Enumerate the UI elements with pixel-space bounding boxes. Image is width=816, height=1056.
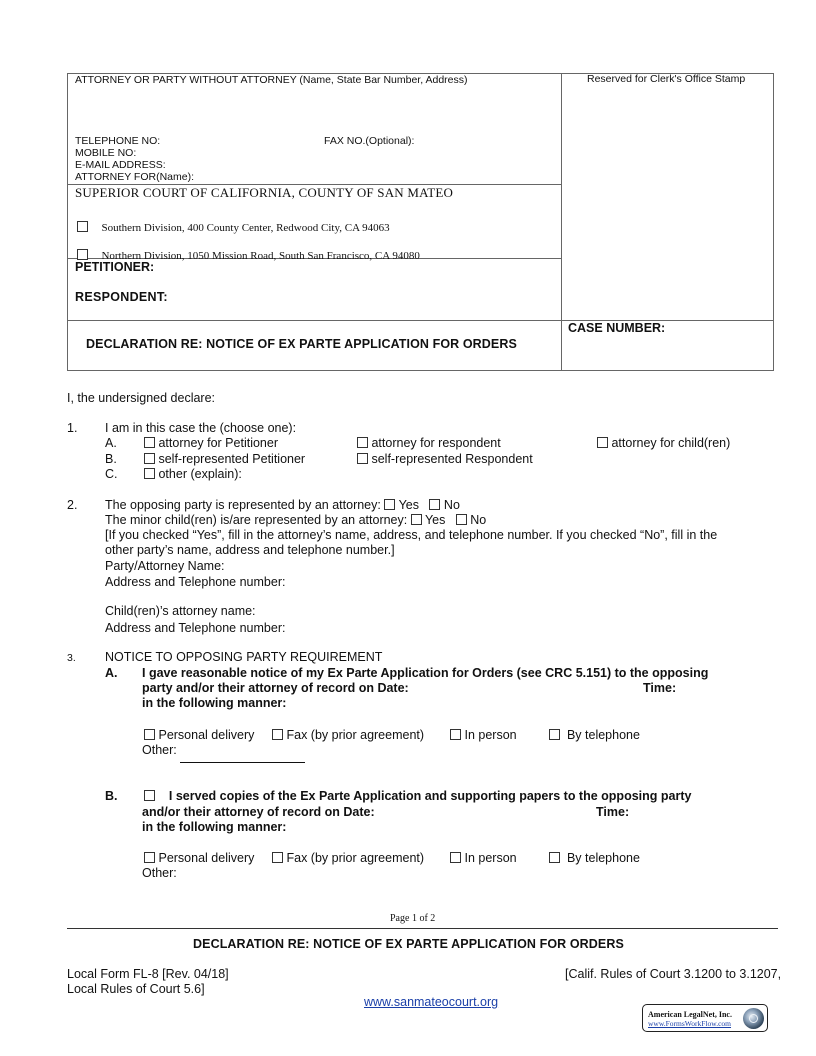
checkbox[interactable] (549, 852, 560, 863)
email-label: E-MAIL ADDRESS: (75, 159, 166, 171)
instruction-line-1: [If you checked “Yes”, fill in the attor… (105, 528, 717, 542)
checkbox[interactable] (450, 729, 461, 740)
children-yes-checkbox[interactable] (411, 514, 422, 525)
case-number-field[interactable] (568, 338, 768, 366)
section1-prompt: I am in this case the (choose one): (105, 421, 296, 435)
3b-in-person[interactable]: In person (450, 851, 517, 865)
section3b-time-label: Time: (596, 805, 629, 819)
division-southern-label: Southern Division, 400 County Center, Re… (101, 222, 389, 234)
vendor-logo[interactable]: American LegalNet, Inc. www.FormsWorkFlo… (642, 1004, 768, 1032)
checkbox[interactable] (77, 221, 88, 232)
vendor-name: American LegalNet, Inc. (648, 1010, 732, 1019)
case-number-label: CASE NUMBER: (568, 321, 665, 335)
children-no-checkbox[interactable] (456, 514, 467, 525)
attorney-header-label: ATTORNEY OR PARTY WITHOUT ATTORNEY (Name… (75, 74, 468, 86)
checkbox[interactable] (549, 729, 560, 740)
section3a-line3: in the following manner: (142, 696, 286, 710)
3b-personal-delivery[interactable]: Personal delivery (144, 851, 254, 865)
children-attorney-name-label: Child(ren)’s attorney name: (105, 604, 256, 618)
3a-fax[interactable]: Fax (by prior agreement) (272, 728, 424, 742)
option-attorney-for-children[interactable]: attorney for child(ren) (597, 436, 730, 450)
3b-served-checkbox[interactable] (144, 790, 155, 801)
checkbox[interactable] (357, 453, 368, 464)
form-title: DECLARATION RE: NOTICE OF EX PARTE APPLI… (86, 337, 517, 351)
division-southern[interactable]: Southern Division, 400 County Center, Re… (77, 218, 390, 236)
section3a-line1: I gave reasonable notice of my Ex Parte … (142, 666, 708, 680)
opposing-party-question: The opposing party is represented by an … (105, 498, 460, 512)
section3b-letter: B. (105, 789, 118, 803)
section1-row-a-letter: A. (105, 436, 117, 450)
address-phone-label-2: Address and Telephone number: (105, 621, 285, 635)
3b-other-label: Other: (142, 866, 177, 880)
checkbox[interactable] (144, 729, 155, 740)
section3a-time-label: Time: (643, 681, 676, 695)
section3a-letter: A. (105, 666, 118, 680)
opposing-yes-checkbox[interactable] (384, 499, 395, 510)
checkbox[interactable] (144, 453, 155, 464)
3a-by-telephone[interactable]: By telephone (549, 728, 640, 742)
checkbox[interactable] (144, 437, 155, 448)
form-id: Local Form FL-8 [Rev. 04/18] (67, 967, 229, 981)
address-phone-label-1: Address and Telephone number: (105, 575, 285, 589)
petitioner-label: PETITIONER: (75, 260, 154, 274)
checkbox[interactable] (597, 437, 608, 448)
footer-divider (67, 928, 778, 929)
section1-row-b-letter: B. (105, 452, 117, 466)
telephone-label: TELEPHONE NO: (75, 135, 160, 147)
option-other-explain[interactable]: other (explain): (144, 467, 242, 481)
intro-text: I, the undersigned declare: (67, 391, 215, 405)
section3b-line3: in the following manner: (142, 820, 286, 834)
checkbox[interactable] (357, 437, 368, 448)
globe-icon (743, 1008, 764, 1029)
party-attorney-name-label: Party/Attorney Name: (105, 559, 225, 573)
3b-fax[interactable]: Fax (by prior agreement) (272, 851, 424, 865)
clerk-stamp-label: Reserved for Clerk's Office Stamp (587, 73, 745, 85)
local-rules: Local Rules of Court 5.6] (67, 982, 205, 996)
checkbox[interactable] (144, 852, 155, 863)
court-name: SUPERIOR COURT OF CALIFORNIA, COUNTY OF … (75, 185, 453, 201)
instruction-line-2: other party’s name, address and telephon… (105, 543, 395, 557)
calif-rules: [Calif. Rules of Court 3.1200 to 3.1207, (565, 967, 781, 981)
mobile-label: MOBILE NO: (75, 147, 136, 159)
footer-title: DECLARATION RE: NOTICE OF EX PARTE APPLI… (193, 937, 624, 951)
section1-row-c-letter: C. (105, 467, 118, 481)
3b-by-telephone[interactable]: By telephone (549, 851, 640, 865)
section3b-line1: I served copies of the Ex Parte Applicat… (144, 789, 691, 803)
option-attorney-for-petitioner[interactable]: attorney for Petitioner (144, 436, 278, 450)
3a-other-label: Other: (142, 743, 177, 757)
section1-number: 1. (67, 421, 77, 435)
3a-other-field[interactable] (180, 762, 305, 763)
opposing-no-checkbox[interactable] (429, 499, 440, 510)
option-self-represented-petitioner[interactable]: self-represented Petitioner (144, 452, 305, 466)
website-link[interactable]: www.sanmateocourt.org (364, 995, 498, 1009)
checkbox[interactable] (77, 249, 88, 260)
respondent-label: RESPONDENT: (75, 290, 168, 304)
section3a-line2: party and/or their attorney of record on… (142, 681, 409, 695)
attorney-for-label: ATTORNEY FOR(Name): (75, 171, 194, 183)
option-self-represented-respondent[interactable]: self-represented Respondent (357, 452, 533, 466)
checkbox[interactable] (272, 852, 283, 863)
checkbox[interactable] (144, 468, 155, 479)
option-attorney-for-respondent[interactable]: attorney for respondent (357, 436, 501, 450)
fax-label: FAX NO.(Optional): (324, 135, 414, 147)
3a-personal-delivery[interactable]: Personal delivery (144, 728, 254, 742)
section2-number: 2. (67, 498, 77, 512)
checkbox[interactable] (272, 729, 283, 740)
page-indicator: Page 1 of 2 (390, 913, 435, 924)
vendor-url[interactable]: www.FormsWorkFlow.com (648, 1019, 731, 1028)
section3b-line2: and/or their attorney of record on Date: (142, 805, 375, 819)
section3-heading: NOTICE TO OPPOSING PARTY REQUIREMENT (105, 650, 382, 664)
minor-children-question: The minor child(ren) is/are represented … (105, 513, 486, 527)
section3-number: 3. (67, 652, 76, 664)
3a-in-person[interactable]: In person (450, 728, 517, 742)
attorney-info-field[interactable] (75, 88, 555, 132)
checkbox[interactable] (450, 852, 461, 863)
